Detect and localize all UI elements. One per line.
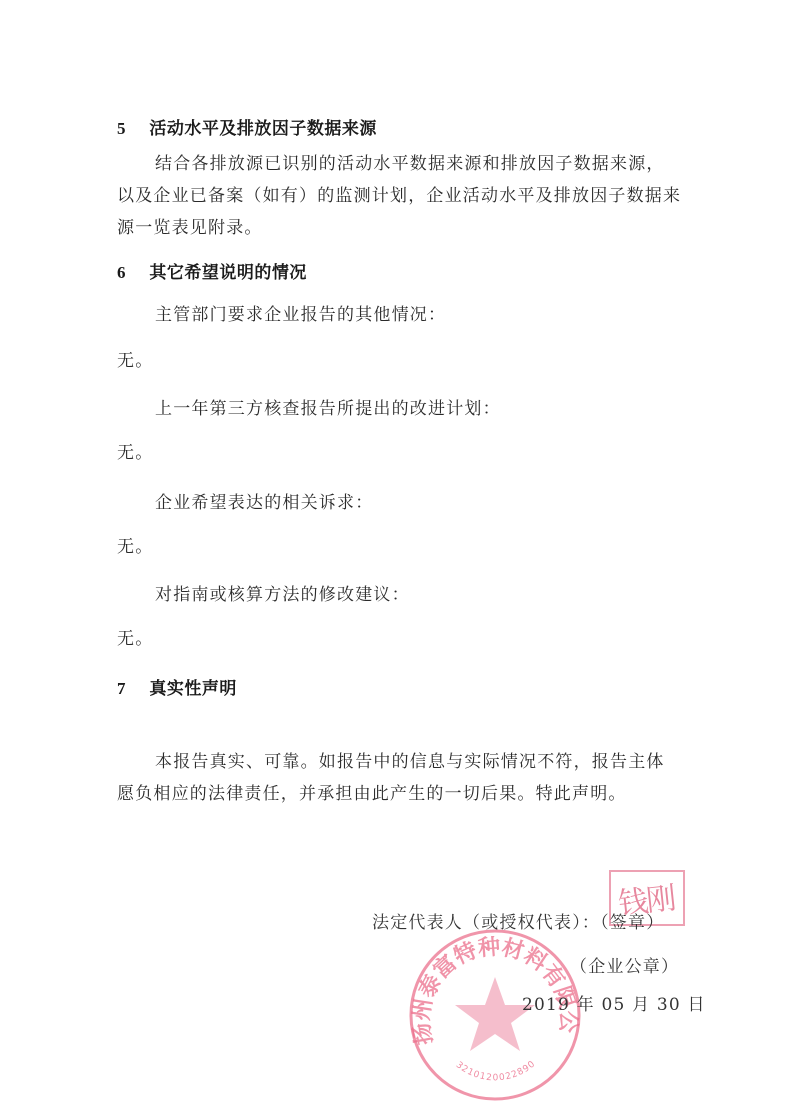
declaration-paragraph: 本报告真实、可靠。如报告中的信息与实际情况不符，报告主体愿负相应的法律责任，并承… (117, 746, 682, 810)
section-title: 活动水平及排放因子数据来源 (149, 119, 377, 139)
item-prompt: 上一年第三方核查报告所提出的改进计划： (155, 394, 501, 419)
item-prompt: 主管部门要求企业报告的其他情况： (155, 300, 446, 325)
item-answer: 无。 (117, 624, 153, 649)
section-5-paragraph: 结合各排放源已识别的活动水平数据来源和排放因子数据来源，以及企业已备案（如有）的… (117, 148, 682, 244)
svg-text:3210120022890: 3210120022890 (454, 1059, 538, 1083)
section-number: 7 (117, 679, 143, 699)
document-page: 5 活动水平及排放因子数据来源 结合各排放源已识别的活动水平数据来源和排放因子数… (0, 0, 794, 1118)
section-6-heading: 6 其它希望说明的情况 (117, 258, 307, 283)
item-answer: 无。 (117, 438, 153, 463)
item-prompt: 对指南或核算方法的修改建议： (155, 580, 410, 605)
section-number: 5 (117, 119, 143, 139)
company-seal-label: （企业公章） (570, 952, 679, 977)
legal-representative-label: 法定代表人（或授权代表）：（签章） (372, 908, 664, 933)
section-number: 6 (117, 263, 143, 283)
item-answer: 无。 (117, 532, 153, 557)
section-title: 真实性声明 (149, 679, 237, 699)
section-title: 其它希望说明的情况 (149, 263, 307, 283)
section-5-heading: 5 活动水平及排放因子数据来源 (117, 114, 377, 139)
item-prompt: 企业希望表达的相关诉求： (155, 488, 373, 513)
section-7-heading: 7 真实性声明 (117, 674, 237, 699)
item-answer: 无。 (117, 346, 153, 371)
company-seal-icon: 扬州泰富特种材料有限公司 3210120022890 (405, 925, 585, 1105)
signature-date: 2019 年 05 月 30 日 (522, 990, 706, 1015)
